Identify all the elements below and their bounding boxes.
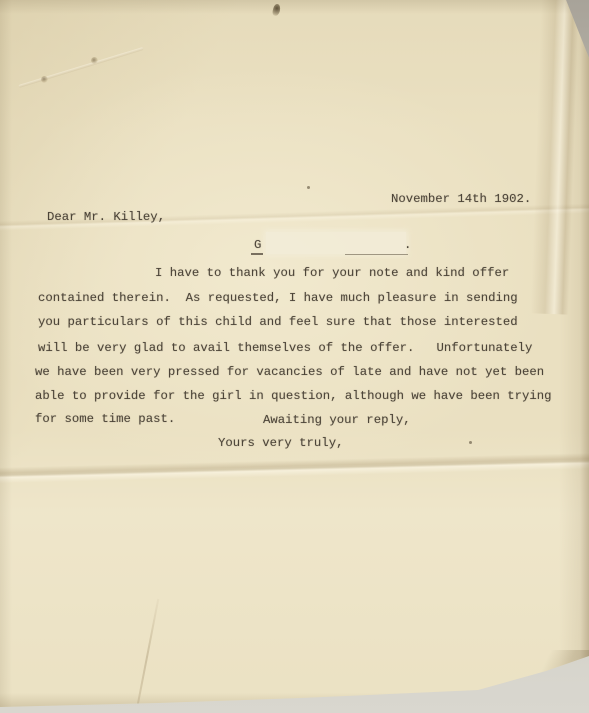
- body-line-2: contained therein. As requested, I have …: [38, 291, 518, 306]
- body-line-6: able to provide for the girl in question…: [35, 389, 552, 404]
- subject-redaction-patch: [266, 232, 406, 254]
- subject-redaction-underline: [345, 254, 408, 255]
- pinhole-mark: [41, 76, 48, 83]
- letter-signoff: Yours very truly,: [218, 436, 343, 451]
- right-edge-fold-band: [530, 0, 579, 315]
- bottom-right-corner-fold-shadow: [498, 650, 589, 705]
- ink-smudge-mark: [272, 3, 282, 16]
- body-line-3: you particulars of this child and feel s…: [38, 315, 518, 330]
- subject-initial: G: [254, 238, 261, 253]
- body-line-1: I have to thank you for your note and ki…: [155, 266, 509, 281]
- letter-salutation: Dear Mr. Killey,: [47, 210, 165, 225]
- main-horizontal-fold-crease: [0, 453, 589, 484]
- scanned-letter-photo: November 14th 1902. Dear Mr. Killey, G .…: [0, 0, 589, 713]
- crease-streak: [18, 47, 143, 88]
- letter-paper: November 14th 1902. Dear Mr. Killey, G .…: [0, 0, 589, 713]
- bottom-vertical-crease: [135, 599, 159, 713]
- body-line-4: will be very glad to avail themselves of…: [38, 341, 532, 356]
- subject-initial-underline: [251, 253, 263, 255]
- body-line-5: we have been very pressed for vacancies …: [35, 365, 544, 380]
- letter-date: November 14th 1902.: [391, 192, 531, 207]
- paper-speck: [307, 186, 310, 189]
- letter-closing: Awaiting your reply,: [263, 413, 411, 428]
- paper-speck: [469, 441, 472, 444]
- body-line-7: for some time past.: [35, 412, 175, 427]
- pinhole-mark: [91, 57, 98, 64]
- subject-period: .: [404, 238, 411, 253]
